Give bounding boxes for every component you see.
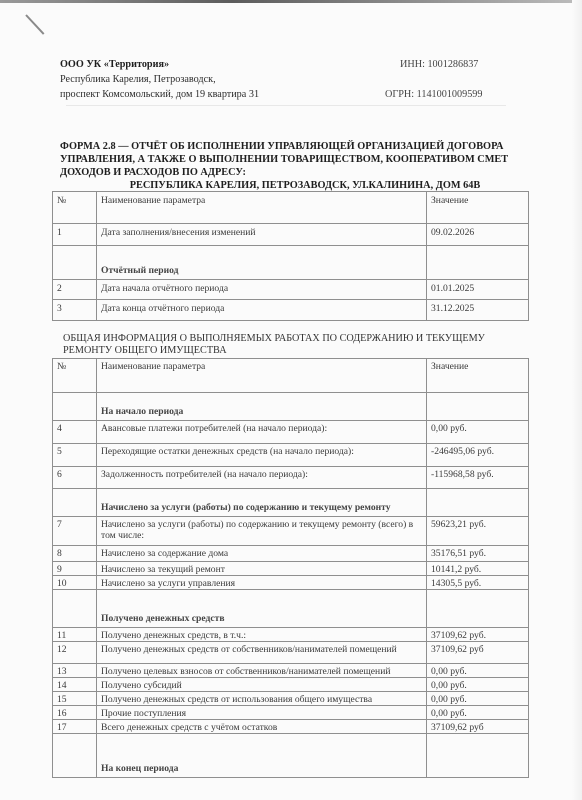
column-header: № [53,359,97,393]
section-label: Начислено за услуги (работы) по содержан… [97,489,427,517]
row-value: -115968,58 руб. [427,467,529,489]
row-number: 2 [53,280,97,300]
table-row: 2Дата начала отчётного периода01.01.2025 [53,280,529,300]
row-number: 6 [53,467,97,489]
row-number: 12 [53,642,97,664]
row-number: 7 [53,517,97,546]
organization-name: ООО УК «Территория» [60,57,259,72]
row-value: 37109,62 руб [427,642,529,664]
inn: ИНН: 1001286837 [400,57,483,72]
row-value [427,590,529,628]
table-row: 13Получено целевых взносов от собственни… [53,664,529,678]
row-name: Получено денежных средств, в т.ч.: [97,628,427,642]
works-info-table: №Наименование параметраЗначениеНа начало… [52,358,529,778]
organization-address-line1: Республика Карелия, Петрозаводск, [60,72,259,87]
row-value [427,393,529,421]
section-row: Начислено за услуги (работы) по содержан… [53,489,529,517]
form-title-text: ФОРМА 2.8 — ОТЧЁТ ОБ ИСПОЛНЕНИИ УПРАВЛЯЮ… [60,141,508,178]
row-name: Получено субсидий [97,678,427,692]
row-name: Начислено за услуги управления [97,576,427,590]
row-value: 0,00 руб. [427,678,529,692]
row-value: 37109,62 руб [427,720,529,734]
section-row: Получено денежных средств [53,590,529,628]
section-row: Отчётный период [53,246,529,280]
row-name: Начислено за услуги (работы) по содержан… [97,517,427,546]
column-header: Наименование параметра [97,192,427,224]
organization-address-line2: проспект Комсомольский, дом 19 квартира … [60,87,259,102]
row-name: Дата заполнения/внесения изменений [97,224,427,246]
row-value: 0,00 руб. [427,706,529,720]
section-title: ОБЩАЯ ИНФОРМАЦИЯ О ВЫПОЛНЯЕМЫХ РАБОТАХ П… [63,333,533,357]
row-number [53,246,97,280]
row-number: 10 [53,576,97,590]
row-value: 37109,62 руб. [427,628,529,642]
section-label: Отчётный период [97,246,427,280]
row-number: 9 [53,562,97,576]
form-title: ФОРМА 2.8 — ОТЧЁТ ОБ ИСПОЛНЕНИИ УПРАВЛЯЮ… [60,140,530,192]
row-name: Дата конца отчётного периода [97,300,427,321]
column-header: Значение [427,192,529,224]
scan-right-edge [572,0,582,800]
row-name: Получено целевых взносов от собственнико… [97,664,427,678]
row-value: 14305,5 руб. [427,576,529,590]
row-name: Авансовые платежи потребителей (на начал… [97,421,427,444]
row-value: 01.01.2025 [427,280,529,300]
row-number: 5 [53,444,97,467]
row-name: Начислено за текущий ремонт [97,562,427,576]
column-header: № [53,192,97,224]
section-row: На конец периода [53,734,529,778]
table-row: 3Дата конца отчётного периода31.12.2025 [53,300,529,321]
section-row: На начало периода [53,393,529,421]
row-name: Получено денежных средств от собственник… [97,642,427,664]
row-name: Всего денежных средств с учётом остатков [97,720,427,734]
row-number: 16 [53,706,97,720]
report-period-table: №Наименование параметраЗначение1Дата зап… [52,191,529,321]
table-row: 16Прочие поступления0,00 руб. [53,706,529,720]
row-number: 11 [53,628,97,642]
row-name: Дата начала отчётного периода [97,280,427,300]
row-value: 0,00 руб. [427,664,529,678]
table-row: 10Начислено за услуги управления14305,5 … [53,576,529,590]
table-row: 9Начислено за текущий ремонт10141,2 руб. [53,562,529,576]
row-number: 4 [53,421,97,444]
table-row: 17Всего денежных средств с учётом остатк… [53,720,529,734]
row-name: Получено денежных средств от использован… [97,692,427,706]
section-label: На начало периода [97,393,427,421]
row-number: 8 [53,546,97,562]
row-value: -246495,06 руб. [427,444,529,467]
row-number: 15 [53,692,97,706]
row-name: Переходящие остатки денежных средств (на… [97,444,427,467]
header-divider [66,105,506,106]
organization-block: ООО УК «Территория» Республика Карелия, … [60,57,259,102]
row-name: Начислено за содержание дома [97,546,427,562]
table-row: 7Начислено за услуги (работы) по содержа… [53,517,529,546]
row-value: 0,00 руб. [427,692,529,706]
row-number: 3 [53,300,97,321]
row-value [427,489,529,517]
row-value: 59623,21 руб. [427,517,529,546]
row-number: 17 [53,720,97,734]
row-number: 13 [53,664,97,678]
pen-mark [25,14,44,34]
row-name: Прочие поступления [97,706,427,720]
row-value: 31.12.2025 [427,300,529,321]
table-row: 5Переходящие остатки денежных средств (н… [53,444,529,467]
row-value [427,734,529,778]
section-label: На конец периода [97,734,427,778]
table-row: 1Дата заполнения/внесения изменений09.02… [53,224,529,246]
row-number [53,590,97,628]
row-value: 09.02.2026 [427,224,529,246]
row-number [53,734,97,778]
row-number [53,489,97,517]
row-value [427,246,529,280]
row-number [53,393,97,421]
table-row: 4Авансовые платежи потребителей (на нача… [53,421,529,444]
table-row: 14Получено субсидий0,00 руб. [53,678,529,692]
scan-top-edge [0,0,582,3]
ogrn: ОГРН: 1141001009599 [385,87,483,102]
table-row: 12Получено денежных средств от собственн… [53,642,529,664]
table-row: 6Задолженность потребителей (на начало п… [53,467,529,489]
table-row: 8Начислено за содержание дома35176,51 ру… [53,546,529,562]
organization-ids: ИНН: 1001286837 ОГРН: 1141001009599 [400,57,483,102]
table-header-row: №Наименование параметраЗначение [53,359,529,393]
table-header-row: №Наименование параметраЗначение [53,192,529,224]
row-name: Задолженность потребителей (на начало пе… [97,467,427,489]
row-value: 35176,51 руб. [427,546,529,562]
column-header: Наименование параметра [97,359,427,393]
section-label: Получено денежных средств [97,590,427,628]
table-row: 11Получено денежных средств, в т.ч.:3710… [53,628,529,642]
row-number: 14 [53,678,97,692]
table-row: 15Получено денежных средств от использов… [53,692,529,706]
row-number: 1 [53,224,97,246]
row-value: 10141,2 руб. [427,562,529,576]
column-header: Значение [427,359,529,393]
row-value: 0,00 руб. [427,421,529,444]
